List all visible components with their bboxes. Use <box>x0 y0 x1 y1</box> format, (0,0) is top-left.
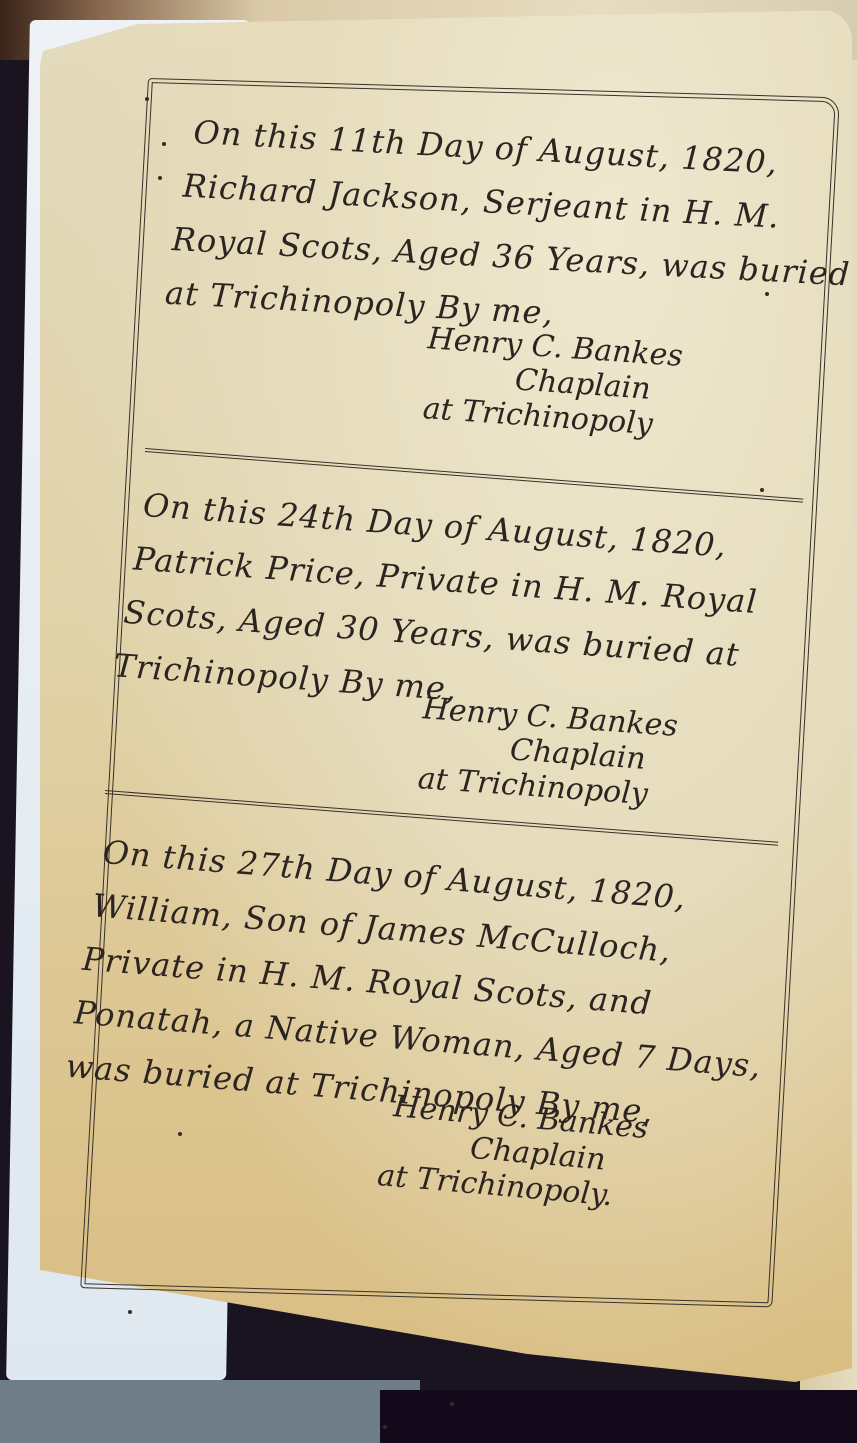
paper-speck <box>178 1132 182 1136</box>
paper-speck <box>128 1310 132 1314</box>
background-shadow <box>380 1390 857 1443</box>
chaplain-signature-2: Henry C. Bankes Chaplain at Trichinopoly <box>417 691 679 814</box>
paper-speck <box>760 488 764 492</box>
paper-speck <box>765 292 769 296</box>
chaplain-signature-3: Henry C. Bankes Chaplain at Trichinopoly… <box>386 1089 650 1216</box>
background-cloth <box>0 1380 420 1443</box>
paper-speck <box>162 142 166 146</box>
burial-entry-1: On this 11th Day of August, 1820, Richar… <box>184 105 857 355</box>
paper-speck <box>145 97 149 101</box>
paper-speck <box>450 1402 454 1406</box>
chaplain-signature-1: Henry C. Bankes Chaplain at Trichinopoly <box>422 321 684 444</box>
paper-speck <box>383 1425 387 1429</box>
paper-speck <box>158 176 162 180</box>
